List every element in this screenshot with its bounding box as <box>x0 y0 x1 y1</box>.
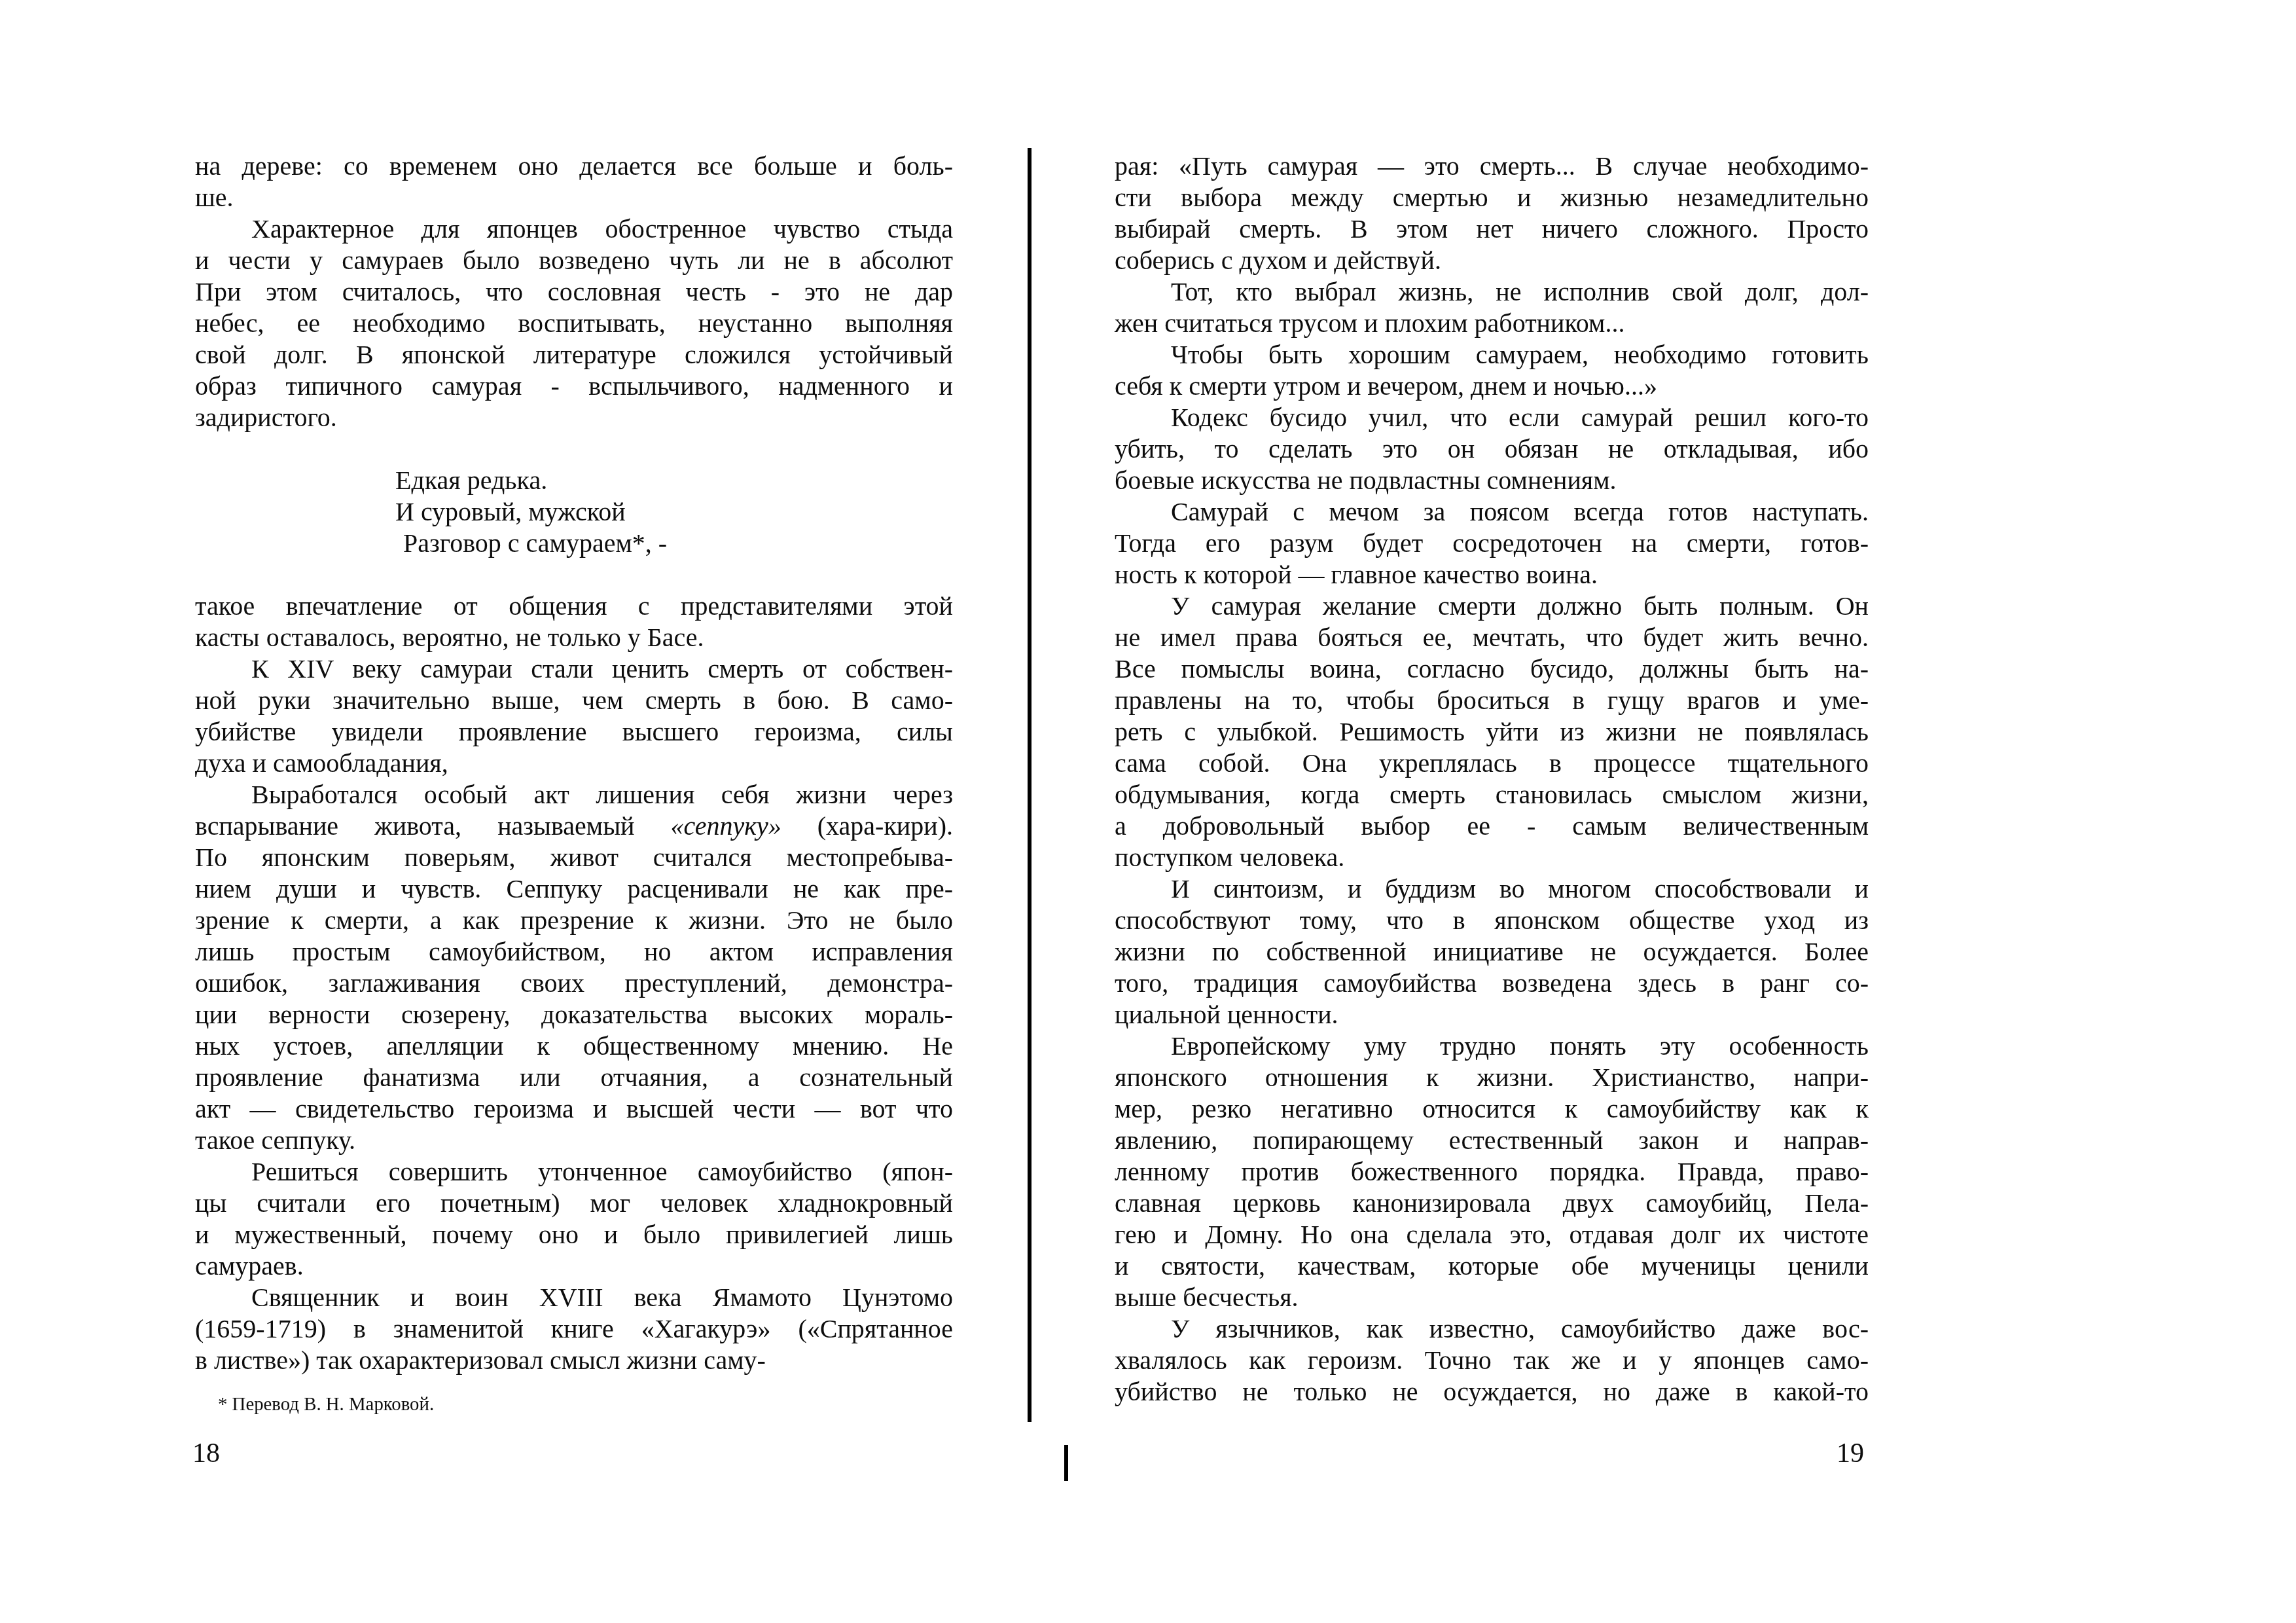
text-line: небес, ее необходимо воспитывать, неуста… <box>195 308 953 339</box>
text-line: сти выбора между смертью и жизнью незаме… <box>1115 182 1869 213</box>
text-line: жизни по собственной инициативе не осужд… <box>1115 936 1869 968</box>
text-line: выбирай смерть. В этом нет ничего сложно… <box>1115 213 1869 245</box>
text-line: того, традиция самоубийства возведена зд… <box>1115 968 1869 999</box>
text-line <box>195 559 953 591</box>
text-line: Кодекс бусидо учил, что если самурай реш… <box>1115 402 1869 433</box>
text-line: Тот, кто выбрал жизнь, не исполнив свой … <box>1115 276 1869 308</box>
text-line: гею и Домну. Но она сделала это, отдавая… <box>1115 1219 1869 1250</box>
text-line: Тогда его разум будет сосредоточен на см… <box>1115 528 1869 559</box>
text-line: жен считаться трусом и плохим работником… <box>1115 308 1869 339</box>
text-line: Едкая редька. <box>195 465 953 496</box>
text-line: касты оставалось, вероятно, не только у … <box>195 622 953 653</box>
text-line: а добровольный выбор ее - самым величест… <box>1115 811 1869 842</box>
text-line: (1659-1719) в знаменитой книге «Хагакурэ… <box>195 1313 953 1345</box>
text-line: задиристого. <box>195 402 953 433</box>
text-line: обдумывания, когда смерть становилась см… <box>1115 779 1869 811</box>
translation-footnote: * Перевод В. Н. Марковой. <box>218 1392 434 1417</box>
text-line: Решиться совершить утонченное самоубийст… <box>195 1156 953 1188</box>
text-line: такое сеппуку. <box>195 1125 953 1156</box>
text-line: Европейскому уму трудно понять эту особе… <box>1115 1030 1869 1062</box>
text-line: боевые искусства не подвластны сомнениям… <box>1115 465 1869 496</box>
text-line: поступком человека. <box>1115 842 1869 873</box>
text-line: правлены на то, чтобы броситься в гущу в… <box>1115 685 1869 716</box>
page-divider-line <box>1028 148 1031 1422</box>
text-line: духа и самообладания, <box>195 748 953 779</box>
text-line: самураев. <box>195 1250 953 1282</box>
text-line: ной руки значительно выше, чем смерть в … <box>195 685 953 716</box>
text-line: свой долг. В японской литературе сложилс… <box>195 339 953 371</box>
text-line: К XIV веку самураи стали ценить смерть о… <box>195 653 953 685</box>
text-line: славная церковь канонизировала двух само… <box>1115 1188 1869 1219</box>
text-line: Выработался особый акт лишения себя жизн… <box>195 779 953 811</box>
text-line: Все помыслы воина, согласно бусидо, долж… <box>1115 653 1869 685</box>
text-line: При этом считалось, что сословная честь … <box>195 276 953 308</box>
text-line: И синтоизм, и буддизм во многом способст… <box>1115 873 1869 905</box>
page-number-right: 19 <box>1837 1438 1864 1469</box>
text-line: лишь простым самоубийством, но актом исп… <box>195 936 953 968</box>
text-line: По японским поверьям, живот считался мес… <box>195 842 953 873</box>
text-line: У самурая желание смерти должно быть пол… <box>1115 591 1869 622</box>
left-page-text-column: на дереве: со временем оно делается все … <box>195 151 953 1376</box>
text-line: ции верности сюзерену, доказательства вы… <box>195 999 953 1030</box>
text-line: соберись с духом и действуй. <box>1115 245 1869 276</box>
text-line: явлению, попирающему естественный закон … <box>1115 1125 1869 1156</box>
text-line: не имел права бояться ее, мечтать, что б… <box>1115 622 1869 653</box>
page-number-left: 18 <box>192 1438 220 1469</box>
text-line: в листве») так охарактеризовал смысл жиз… <box>195 1345 953 1376</box>
text-line: сама собой. Она укреплялась в процессе т… <box>1115 748 1869 779</box>
text-line: ошибок, заглаживания своих преступлений,… <box>195 968 953 999</box>
text-line: убийство не только не осуждается, но даж… <box>1115 1376 1869 1408</box>
text-line: И суровый, мужской <box>195 496 953 528</box>
text-line: японского отношения к жизни. Христианств… <box>1115 1062 1869 1093</box>
text-line: реть с улыбкой. Решимость уйти из жизни … <box>1115 716 1869 748</box>
text-line: нием души и чувств. Сеппуку расценивали … <box>195 873 953 905</box>
text-line: рая: «Путь самурая — это смерть... В слу… <box>1115 151 1869 182</box>
text-line: акт — свидетельство героизма и высшей че… <box>195 1093 953 1125</box>
text-line: такое впечатление от общения с представи… <box>195 591 953 622</box>
text-line: и мужественный, почему оно и было привил… <box>195 1219 953 1250</box>
text-line: и чести у самураев было возведено чуть л… <box>195 245 953 276</box>
text-line: ше. <box>195 182 953 213</box>
bottom-center-mark <box>1064 1445 1068 1481</box>
text-line: и святости, качествам, которые обе мучен… <box>1115 1250 1869 1282</box>
text-line: выше бесчестья. <box>1115 1282 1869 1313</box>
text-line: ленному против божественного порядка. Пр… <box>1115 1156 1869 1188</box>
text-line: способствуют тому, что в японском общест… <box>1115 905 1869 936</box>
text-line: хвалялось как героизм. Точно так же и у … <box>1115 1345 1869 1376</box>
text-line: цы считали его почетным) мог человек хла… <box>195 1188 953 1219</box>
text-line: образ типичного самурая - вспыльчивого, … <box>195 371 953 402</box>
text-line: циальной ценности. <box>1115 999 1869 1030</box>
text-line: вспарывание живота, называемый «сеппуку»… <box>195 811 953 842</box>
text-line: Чтобы быть хорошим самураем, необходимо … <box>1115 339 1869 371</box>
text-line <box>195 433 953 465</box>
text-line: ных устоев, апелляции к общественному мн… <box>195 1030 953 1062</box>
text-line: Священник и воин XVIII века Ямамото Цунэ… <box>195 1282 953 1313</box>
right-page-text-column: рая: «Путь самурая — это смерть... В слу… <box>1115 151 1869 1408</box>
text-line: убийстве увидели проявление высшего геро… <box>195 716 953 748</box>
text-line: зрение к смерти, а как презрение к жизни… <box>195 905 953 936</box>
text-line: на дереве: со временем оно делается все … <box>195 151 953 182</box>
text-line: Самурай с мечом за поясом всегда готов н… <box>1115 496 1869 528</box>
text-line: себя к смерти утром и вечером, днем и но… <box>1115 371 1869 402</box>
text-line: мер, резко негативно относится к самоуби… <box>1115 1093 1869 1125</box>
text-line: Характерное для японцев обостренное чувс… <box>195 213 953 245</box>
text-line: У язычников, как известно, самоубийство … <box>1115 1313 1869 1345</box>
text-line: убить, то сделать это он обязан не откла… <box>1115 433 1869 465</box>
text-line: проявление фанатизма или отчаяния, а соз… <box>195 1062 953 1093</box>
text-line: ность к которой — главное качество воина… <box>1115 559 1869 591</box>
text-line: Разговор с самураем*, - <box>195 528 953 559</box>
